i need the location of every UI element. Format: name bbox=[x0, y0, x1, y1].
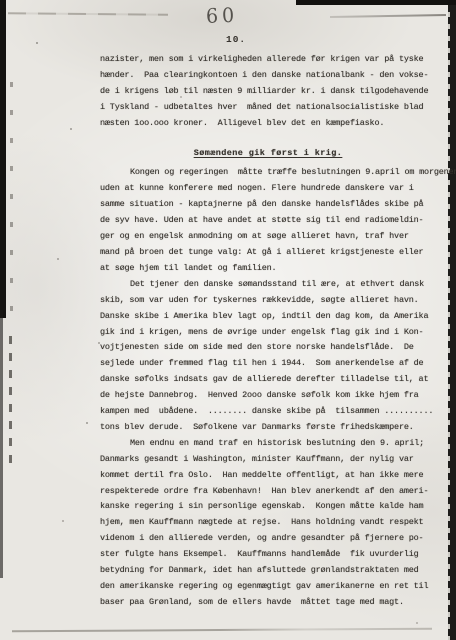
paper-specks bbox=[36, 42, 38, 44]
text-line: ger og en engelsk anmodning om at søge a… bbox=[100, 229, 436, 245]
text-line: samme situation - kaptajnerne på den dan… bbox=[100, 197, 436, 213]
typed-page-number: 10. bbox=[226, 34, 246, 45]
text-line: Men endnu en mand traf en historisk besl… bbox=[100, 436, 436, 452]
scan-stitch-marks-lower bbox=[9, 336, 12, 466]
text-line: tons blev derude. Søfolkene var Danmarks… bbox=[100, 420, 436, 436]
section-heading: Sømændene gik først i krig. bbox=[100, 146, 436, 162]
text-line: gik ind i krigen, mens de øvrige under e… bbox=[100, 325, 436, 341]
handwritten-page-number: 60 bbox=[206, 4, 239, 28]
text-line: Det tjener den danske sømandsstand til æ… bbox=[100, 277, 436, 293]
text-line: baser paa Grønland, som de ellers havde … bbox=[100, 595, 436, 611]
text-line: de syv have. Uden at have andet at støtt… bbox=[100, 213, 436, 229]
text-line: Danmarks gesandt i Washington, minister … bbox=[100, 452, 436, 468]
scan-edge-left-lower bbox=[0, 310, 3, 578]
text-line: ster fulgte hans Eksempel. Kauffmanns ha… bbox=[100, 547, 436, 563]
text-line: sejlede under fremmed flag til hen i 194… bbox=[100, 356, 436, 372]
text-line: kommet dertil fra Oslo. Han meddelte off… bbox=[100, 468, 436, 484]
document-text: nazister, men som i virkeligheden allere… bbox=[100, 52, 436, 611]
scanned-document-page: 60 10. nazister, men som i virkeligheden… bbox=[0, 0, 456, 640]
text-line: mand på broen det tunge valg: At gå i al… bbox=[100, 245, 436, 261]
text-line: betydning for Danmark, idet han afslutte… bbox=[100, 563, 436, 579]
paragraph-king-and-government: Kongen og regeringen måtte træffe beslut… bbox=[100, 165, 436, 276]
text-line: videnom i den allierede verden, og andre… bbox=[100, 531, 436, 547]
text-line: i Tyskland - udbetaltes hver måned det n… bbox=[100, 100, 436, 116]
pencil-line-top-left bbox=[8, 12, 168, 15]
text-line: respekterede ordre fra København! Han bl… bbox=[100, 484, 436, 500]
scan-edge-left bbox=[0, 0, 6, 318]
text-line: Kongen og regeringen måtte træffe beslut… bbox=[100, 165, 436, 181]
text-line: næsten 1oo.ooo kroner. Alligevel blev de… bbox=[100, 116, 436, 132]
scan-edge-top bbox=[296, 0, 456, 5]
text-line: danske søfolks indsats gav de allierede … bbox=[100, 372, 436, 388]
text-line: kampen med ubådene. ........ danske skib… bbox=[100, 404, 436, 420]
scan-edge-right bbox=[448, 0, 456, 640]
text-line: Danske skibe i Amerika blev lagt op, ind… bbox=[100, 309, 436, 325]
paragraph-clearing-account: nazister, men som i virkeligheden allere… bbox=[100, 52, 436, 132]
text-line: skib, som var uden for tyskernes rækkevi… bbox=[100, 293, 436, 309]
text-line: de hejste Dannebrog. Henved 2ooo danske … bbox=[100, 388, 436, 404]
text-line: den amerikanske regering og egenmægtigt … bbox=[100, 579, 436, 595]
paragraph-kauffmann: Men endnu en mand traf en historisk besl… bbox=[100, 436, 436, 611]
scan-line-bottom bbox=[12, 628, 432, 633]
scan-stitch-marks-upper bbox=[10, 82, 13, 312]
text-line: at søge hjem til landet og familien. bbox=[100, 261, 436, 277]
text-line: vojtjenesten side om side med den store … bbox=[100, 340, 436, 356]
text-line: nazister, men som i virkeligheden allere… bbox=[100, 52, 436, 68]
text-line: de i krigens løb til næsten 9 milliarder… bbox=[100, 84, 436, 100]
paragraph-merchant-fleet: Det tjener den danske sømandsstand til æ… bbox=[100, 277, 436, 436]
text-line: hjem, men Kauffmann nægtede at rejse. Ha… bbox=[100, 515, 436, 531]
text-line: kanske regering i sin personlige egenska… bbox=[100, 499, 436, 515]
text-line: uden at kunne konferere med nogen. Flere… bbox=[100, 181, 436, 197]
pencil-line-top-right bbox=[330, 14, 446, 18]
text-line: hænder. Paa clearingkontoen i den danske… bbox=[100, 68, 436, 84]
